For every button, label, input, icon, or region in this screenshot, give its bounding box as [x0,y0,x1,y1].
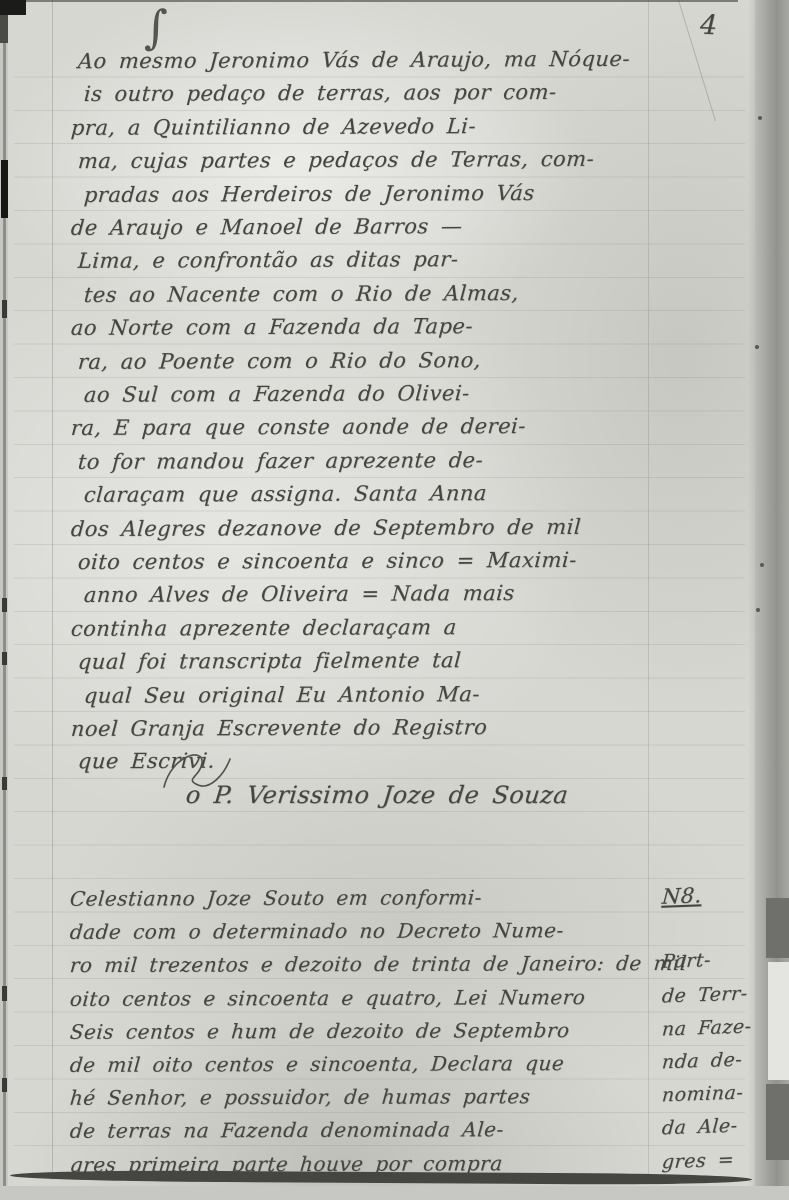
manuscript-line: tes ao Nacente com o Rio de Almas, [83,281,519,307]
manuscript-line: noel Granja Escrevente do Registro [70,715,488,741]
scan-artifact [1,160,8,218]
margin-note-fragment: gres = [661,1149,735,1174]
manuscript-line: Seis centos e hum de dezoito de Septembr… [69,1018,571,1044]
manuscript-line: oito centos e sincoenta e sinco = Maximi… [77,548,577,574]
manuscript-row: Celestianno Joze Souto em conformi- N8. [70,886,770,920]
manuscript-line: ra, ao Poente com o Rio do Sono, [77,348,482,374]
scan-artifact [2,986,7,1001]
manuscript-row: Seis centos e hum de dezoito de Septembr… [70,1019,770,1053]
manuscript-line: claraçam que assigna. Santa Anna [83,481,488,507]
manuscript-line: qual foi transcripta fielmente tal [77,648,462,674]
manuscript-line: dade com o determinado no Decreto Nume- [69,918,565,944]
manuscript-row: dade com o determinado no Decreto Nume- [70,919,770,953]
manuscript-line: hé Senhor, e possuidor, de humas partes [69,1084,532,1110]
scan-artifact [2,777,7,790]
manuscript-line: de mil oito centos e sincoenta, Declara … [69,1051,565,1077]
page-top-edge [22,0,738,2]
margin-note-number: N8. [661,883,703,908]
margin-note-fragment: nda de- [661,1049,743,1074]
scan-artifact [2,1078,7,1092]
manuscript-line: anno Alves de Oliveira = Nada mais [83,581,515,607]
manuscript-line: Lima, e confrontão as ditas par- [77,247,459,273]
manuscript-line: dos Alegres dezanove de Septembro de mil [70,515,582,541]
margin-note-fragment: de Terr- [661,983,748,1008]
manuscript-line: ra, E para que conste aonde de derei- [70,414,527,440]
manuscript-line: is outro pedaço de terras, aos por com- [83,80,557,106]
page-number: 4 [699,10,718,42]
scanned-manuscript-page: 4 ∫ Ao mesmo Jeronimo Vás de Araujo, ma … [0,0,789,1200]
left-margin-rule [52,0,53,1180]
manuscript-line: de terras na Fazenda denominada Ale- [69,1117,505,1143]
scan-artifact [766,898,789,958]
manuscript-line: ao Norte com a Fazenda da Tape- [70,314,474,340]
scan-artifact [766,1084,789,1160]
ink-speck [758,116,762,120]
manuscript-row: oito centos e sincoenta e quatro, Lei Nu… [70,986,770,1020]
scan-artifact [2,300,7,318]
manuscript-line: Celestianno Joze Souto em conformi- [69,885,483,910]
margin-note-fragment: da Ale- [661,1115,738,1140]
manuscript-row: ro mil trezentos e dezoito de trinta de … [70,952,770,986]
manuscript-row: de terras na Fazenda denominada Ale- da … [70,1118,770,1152]
manuscript-line: Ao mesmo Jeronimo Vás de Araujo, ma Nóqu… [77,47,631,73]
ink-speck [756,608,760,612]
margin-note-fragment: nomina- [661,1082,744,1107]
signature-line: o P. Verissimo Joze de Souza [185,781,570,809]
scan-artifact [2,652,7,665]
scan-artifact [768,962,789,1080]
ink-speck [760,563,764,567]
ink-flourish: ∫ [144,0,168,54]
scan-artifact [2,598,7,612]
ink-speck [755,345,759,349]
manuscript-line: continha aprezente declaraçam a [70,615,457,641]
paper-sheet: 4 ∫ Ao mesmo Jeronimo Vás de Araujo, ma … [8,0,755,1186]
margin-note-fragment: Part- [661,949,712,973]
manuscript-line: ao Sul com a Fazenda do Olivei- [83,381,470,407]
manuscript-line: pra, a Quintilianno de Azevedo Li- [70,114,477,140]
manuscript-line: de Araujo e Manoel de Barros — [70,214,463,240]
manuscript-line: ro mil trezentos e dezoito de trinta de … [69,951,688,977]
margin-note-fragment: na Faze- [661,1015,752,1040]
manuscript-line: to for mandou fazer aprezente de- [77,448,484,474]
manuscript-line: qual Seu original Eu Antonio Ma- [83,682,481,708]
manuscript-row: de mil oito centos e sincoenta, Declara … [70,1052,770,1086]
scan-artifact [0,15,8,43]
manuscript-row: hé Senhor, e possuidor, de humas partes … [70,1085,770,1119]
manuscript-line: ma, cujas partes e pedaços de Terras, co… [77,147,595,173]
manuscript-line: pradas aos Herdeiros de Jeronimo Vás [83,181,535,207]
scan-artifact [0,0,26,15]
manuscript-line: oito centos e sincoenta e quatro, Lei Nu… [69,985,586,1011]
